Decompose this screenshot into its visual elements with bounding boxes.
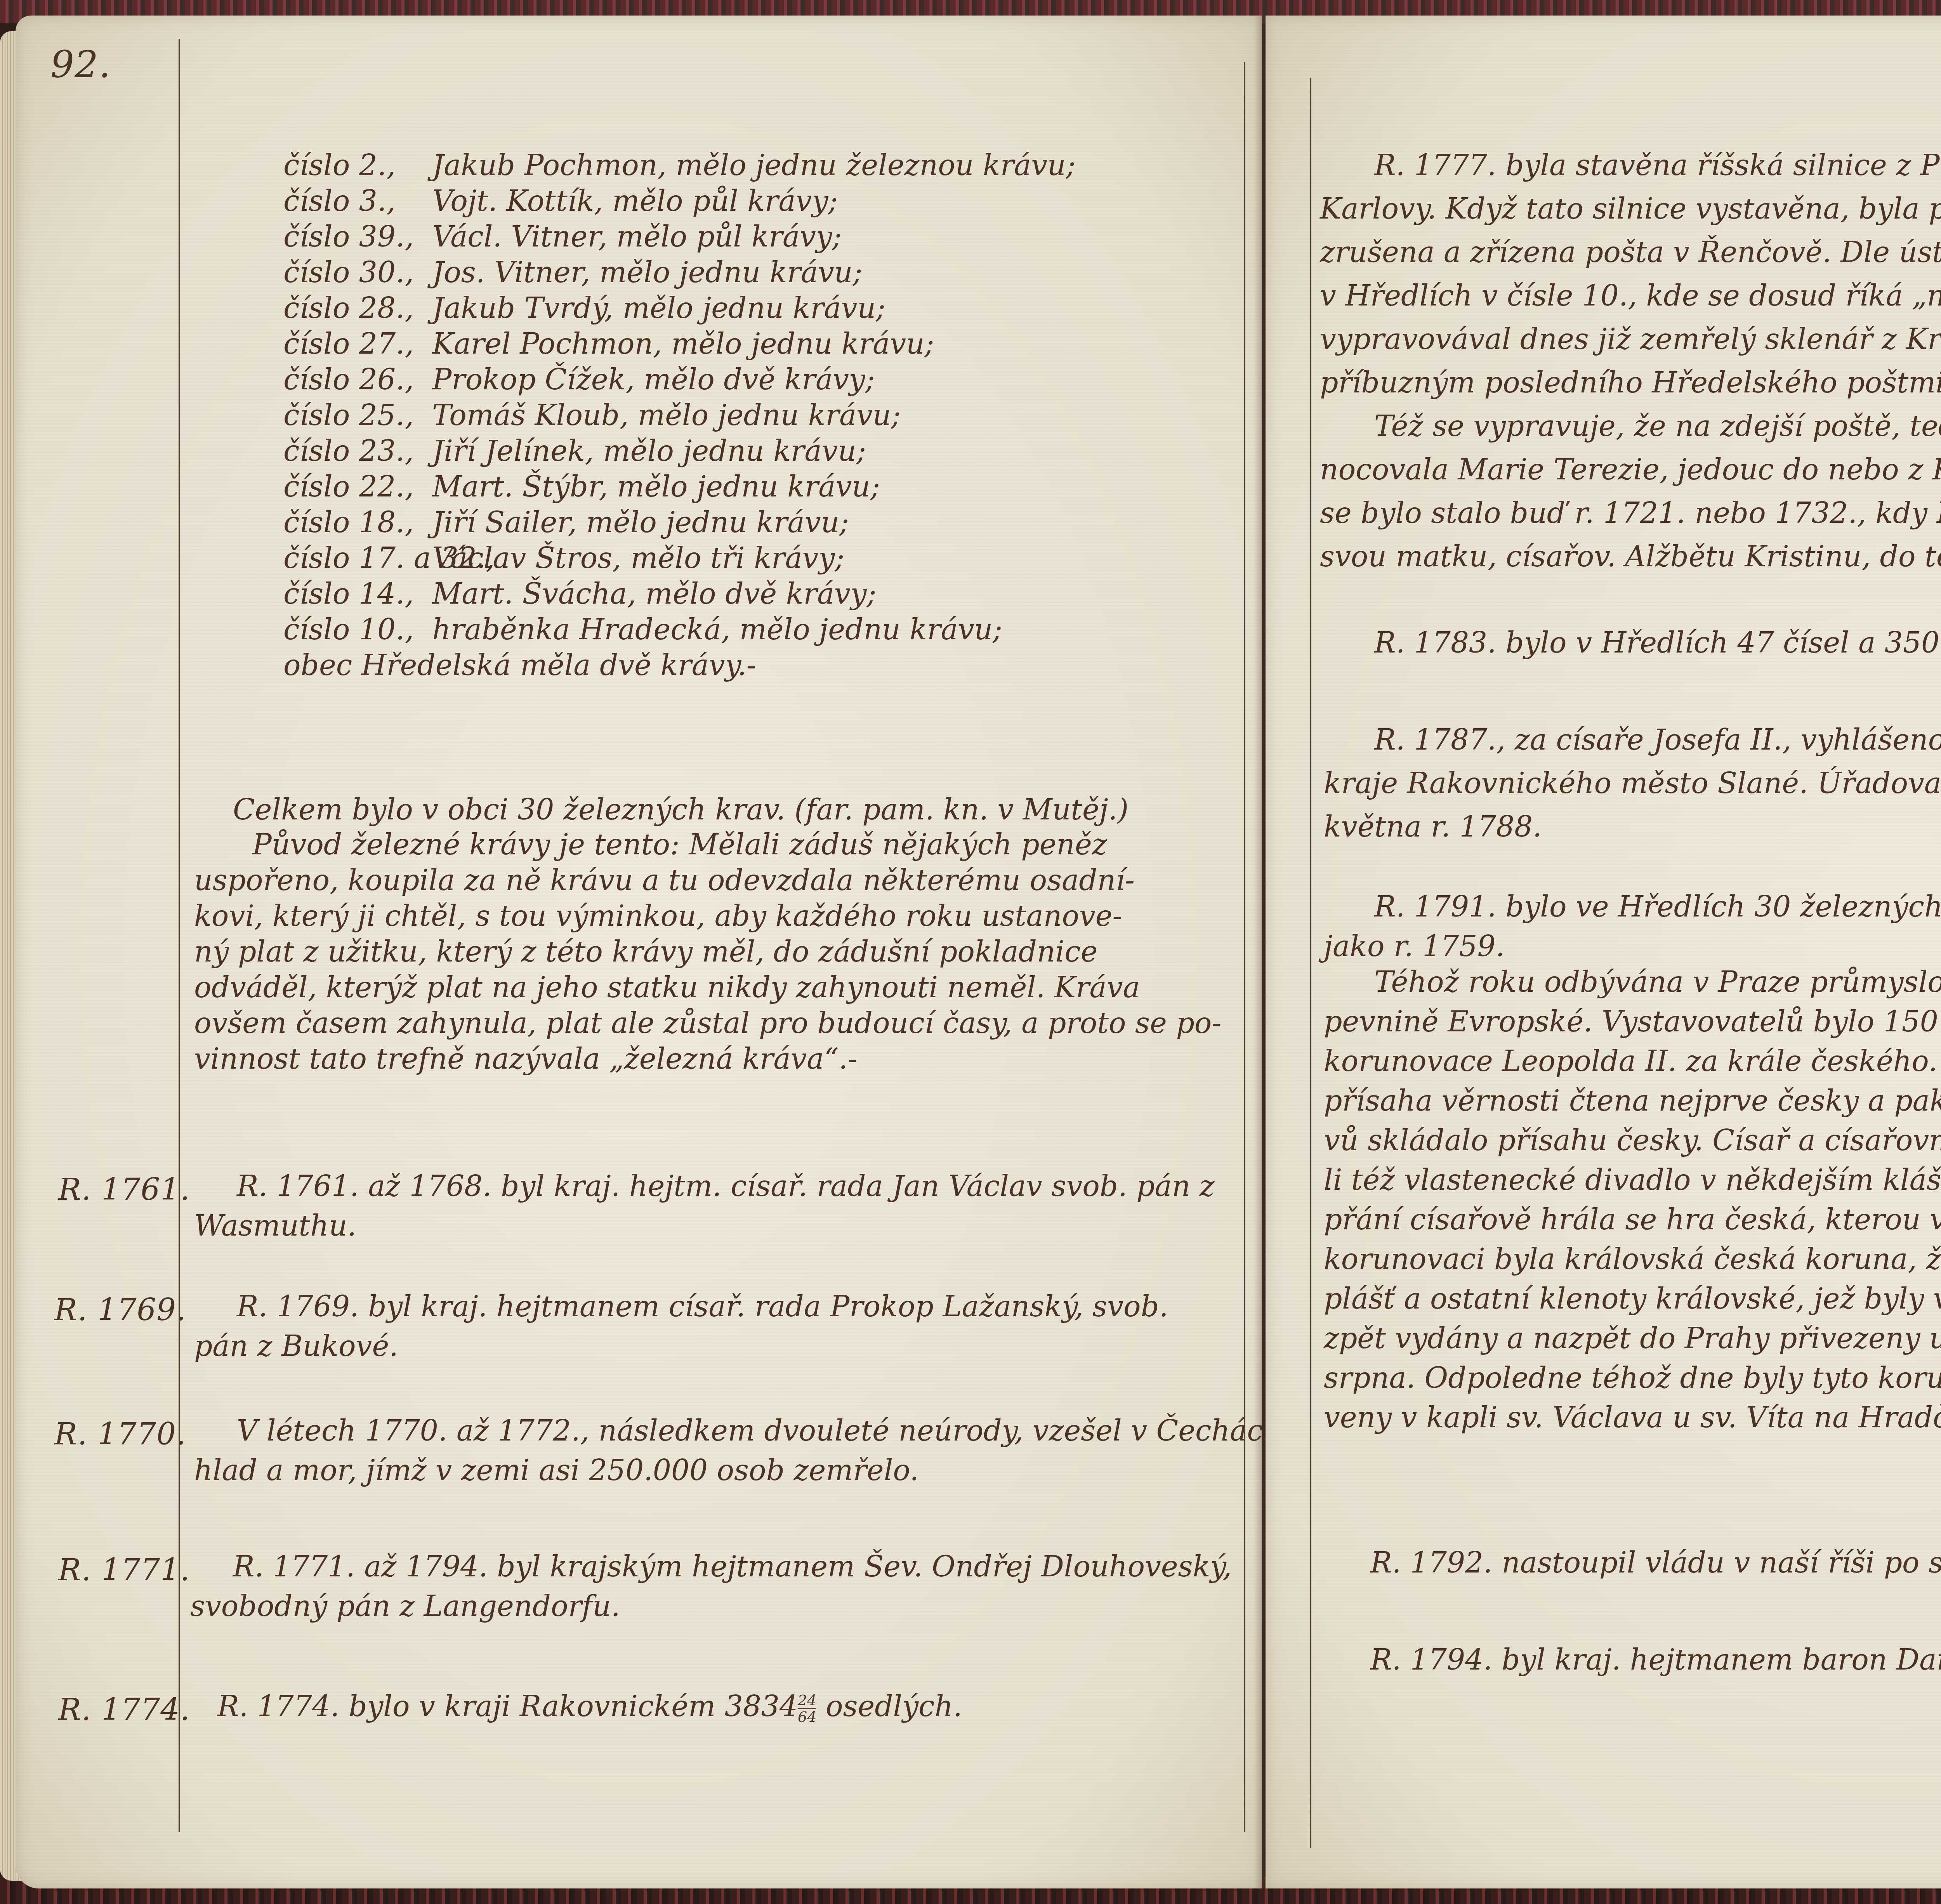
- right-left-rule: [1310, 78, 1311, 1848]
- paragraph-line: odváděl, kterýž plat na jeho statku nikd…: [194, 970, 1221, 1005]
- cow-list-row: číslo 39., Václ. Vitner, mělo půl krávy;: [283, 219, 1076, 255]
- chronicle-entry: V létech 1770. až 1772., následkem dvoul…: [194, 1413, 1281, 1488]
- cow-list-row: číslo 28., Jakub Tvrdý, mělo jednu krávu…: [283, 290, 1076, 326]
- paragraph-line: uspořeno, koupila za ně krávu a tu odevz…: [194, 863, 1221, 898]
- cow-list-row: číslo 18., Jiří Sailer, mělo jednu krávu…: [283, 505, 1076, 540]
- cow-list-row: číslo 30., Jos. Vitner, mělo jednu krávu…: [283, 255, 1076, 290]
- fraction: 2464: [798, 1692, 816, 1725]
- cow-list-row: číslo 17. a 32., Václav Štros, mělo tři …: [283, 540, 1076, 576]
- margin-date: R. 1774.: [58, 1692, 190, 1727]
- chronicle-entry: R. 1774. bylo v kraji Rakovnickém 383424…: [217, 1689, 962, 1725]
- total-line: Celkem bylo v obci 30 železných krav. (f…: [233, 792, 1128, 828]
- cow-list-row: číslo 22., Mart. Štýbr, mělo jednu krávu…: [283, 469, 1076, 505]
- cow-list-row: číslo 23., Jiří Jelínek, mělo jednu kráv…: [283, 433, 1076, 469]
- cow-list-row: číslo 2., Jakub Pochmon, mělo jednu žele…: [283, 148, 1076, 183]
- chronicle-entry: R. 1777. byla stavěna říšská silnice z P…: [1320, 148, 1941, 574]
- commune-line: obec Hředelská měla dvě krávy.-: [283, 647, 1076, 683]
- margin-date: R. 1761.: [58, 1172, 190, 1207]
- chronicle-entry: R. 1761. až 1768. byl kraj. hejtm. císař…: [194, 1168, 1215, 1244]
- chronicle-entry: R. 1771. až 1794. byl krajským hejtmanem…: [190, 1549, 1232, 1624]
- origin-paragraph: Původ železné krávy je tento: Mělali zád…: [194, 827, 1221, 1077]
- cow-list: číslo 2., Jakub Pochmon, mělo jednu žele…: [283, 148, 1076, 683]
- cow-list-row: číslo 3., Vojt. Kottík, mělo půl krávy;: [283, 183, 1076, 219]
- cow-list-row: číslo 27., Karel Pochmon, mělo jednu krá…: [283, 326, 1076, 362]
- chronicle-entry: R. 1794. byl kraj. hejtmanem baron Damni…: [1370, 1642, 1941, 1678]
- margin-date: R. 1769.: [54, 1293, 186, 1328]
- chronicle-entry: R. 1787., za císaře Josefa II., vyhlášen…: [1324, 722, 1941, 845]
- cow-list-row: číslo 10., hraběnka Hradecká, mělo jednu…: [283, 612, 1076, 647]
- paragraph-line: vinnost tato trefně nazývala „železná kr…: [194, 1041, 1221, 1077]
- page-number-left: 92.: [50, 43, 111, 86]
- margin-date: R. 1770.: [54, 1417, 186, 1452]
- chronicle-entry: R. 1792. nastoupil vládu v naší říši po …: [1370, 1545, 1941, 1581]
- chronicle-entry: R. 1783. bylo v Hředlích 47 čísel a 350 …: [1374, 625, 1941, 661]
- chronicle-entry: R. 1769. byl kraj. hejtmanem císař. rada…: [194, 1289, 1168, 1364]
- paragraph-line: ovšem časem zahynula, plat ale zůstal pr…: [194, 1005, 1221, 1041]
- left-right-rule: [1244, 62, 1245, 1832]
- margin-date: R. 1771.: [58, 1553, 190, 1588]
- cow-list-row: číslo 14., Mart. Švácha, mělo dvě krávy;: [283, 576, 1076, 612]
- cow-list-row: číslo 26., Prokop Čížek, mělo dvě krávy;: [283, 362, 1076, 397]
- chronicle-entry: R. 1791. bylo ve Hředlích 30 železných k…: [1324, 889, 1941, 1435]
- paragraph-line: kovi, který ji chtěl, s tou výminkou, ab…: [194, 898, 1221, 934]
- paragraph-line: Původ železné krávy je tento: Mělali zád…: [194, 827, 1221, 863]
- paragraph-line: ný plat z užitku, který z této krávy měl…: [194, 934, 1221, 970]
- cow-list-row: číslo 25., Tomáš Kloub, mělo jednu krávu…: [283, 397, 1076, 433]
